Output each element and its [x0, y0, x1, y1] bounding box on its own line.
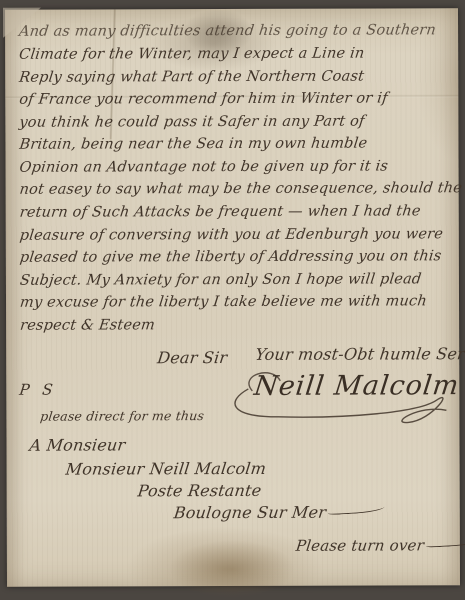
- scanned-letter-page: And as many difficulties attend his goin…: [0, 0, 465, 600]
- letter-line: of France you recommend for him in Winte…: [18, 90, 388, 107]
- signature: Neill Malcolm: [252, 370, 461, 402]
- letter-line: return of Such Attacks be frequent — whe…: [19, 203, 422, 220]
- letter-paper: And as many difficulties attend his goin…: [5, 8, 460, 587]
- address-line: Poste Restante: [137, 481, 263, 500]
- signature-block: Neill Malcolm: [218, 360, 454, 427]
- letter-line: And as many difficulties attend his goin…: [18, 22, 437, 39]
- address-line: A Monsieur: [29, 435, 127, 454]
- letter-line: pleased to give me the liberty of Addres…: [19, 248, 442, 265]
- postscript-label: P S: [18, 381, 57, 399]
- letter-line: Reply saying what Part of the Northern C…: [18, 69, 365, 86]
- letter-line: Britain, being near the Sea in my own hu…: [18, 136, 368, 153]
- letter-line: not easey to say what may be the consequ…: [19, 180, 463, 198]
- letter-line: Opinion an Advantage not to be given up …: [19, 158, 389, 175]
- letter-line: Climate for the Winter, may I expect a L…: [18, 46, 365, 63]
- letter-line: you think he could pass it Safer in any …: [18, 114, 365, 131]
- letter-line: my excuse for the liberty I take believe…: [19, 293, 428, 310]
- letter-line: respect & Esteem: [19, 317, 156, 333]
- turn-over-note: Please turn over: [295, 536, 465, 555]
- letter-line: pleasure of conversing with you at Edenb…: [19, 226, 444, 243]
- address-line: Boulogne Sur Mer: [173, 502, 386, 522]
- address-line-text: Boulogne Sur Mer: [173, 503, 328, 523]
- postscript-instruction: please direct for me thus: [39, 408, 205, 424]
- paper-stain: [167, 539, 297, 599]
- pen-swash: [426, 536, 465, 548]
- letter-line: Subject. My Anxiety for an only Son I ho…: [19, 271, 422, 288]
- address-line: Monsieur Neill Malcolm: [65, 459, 268, 479]
- turn-over-text: Please turn over: [295, 536, 425, 554]
- pen-swash: [328, 503, 385, 515]
